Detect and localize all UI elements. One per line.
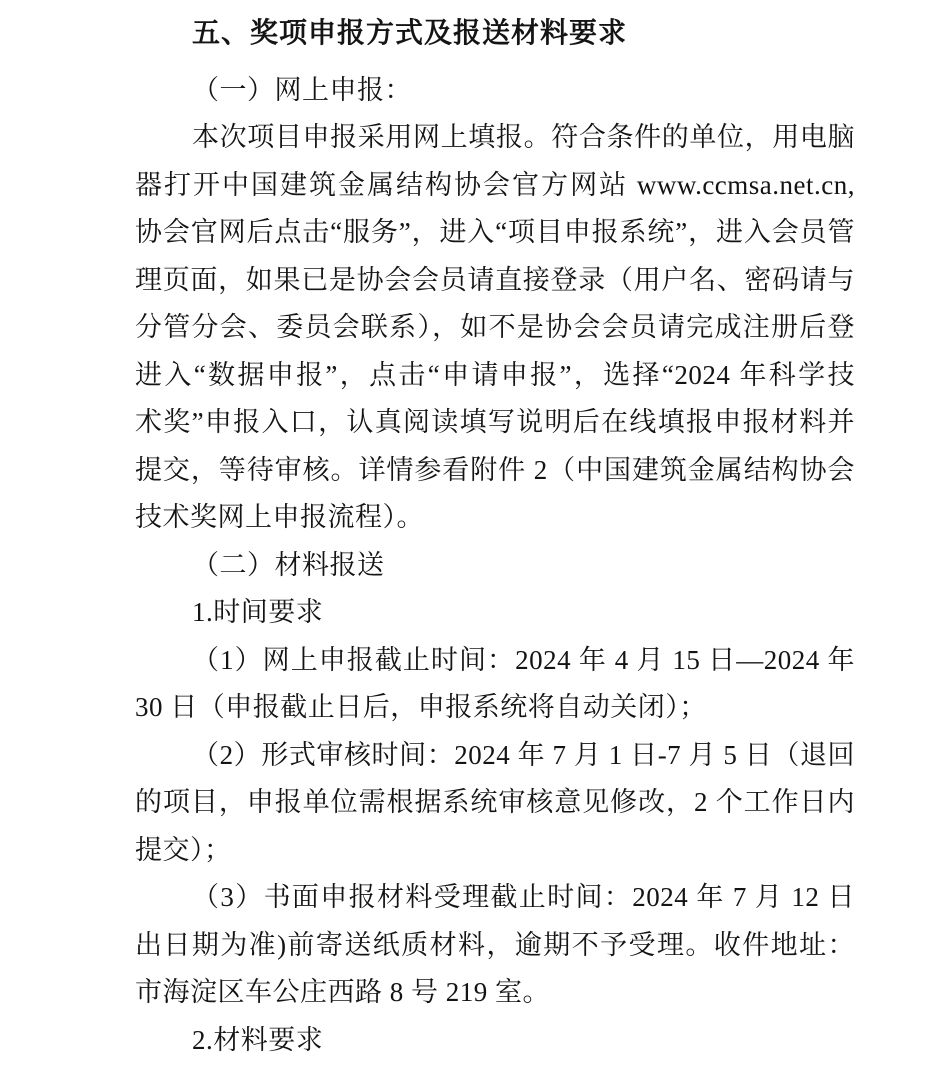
document-page: 五、奖项申报方式及报送材料要求 （一）网上申报： 本次项目申报采用网上填报。符合… [0,0,945,1068]
para-online-deadline-line-2: 30 日（申报截止日后，申报系统将自动关闭）； [135,684,855,732]
para-formal-review-line-3: 提交）； [135,827,855,875]
para-formal-review-line-1: （2）形式审核时间：2024 年 7 月 1 日-7 月 5 日（退回修改 [135,732,855,780]
para-online-application-line-6: 进入“数据申报”，点击“申请申报”，选择“2024 年科学技 [135,352,855,400]
para-online-application-line-1: 本次项目申报采用网上填报。符合条件的单位，用电脑浏览 [135,114,855,162]
section-heading: 五、奖项申报方式及报送材料要求 [135,9,855,57]
subheading-online-application: （一）网上申报： [135,67,855,115]
para-online-application-line-8: 提交，等待审核。详情参看附件 2（中国建筑金属结构协会科学 [135,447,855,495]
para-online-deadline-line-1: （1）网上申报截止时间：2024 年 4 月 15 日—2024 年 6 月 [135,637,855,685]
subheading-material-requirements: 2.材料要求 [135,1017,855,1065]
para-online-application-line-4: 理页面，如果已是协会会员请直接登录（用户名、密码请与协会 [135,257,855,305]
para-paper-material-line-3: 市海淀区车公庄西路 8 号 219 室。 [135,969,855,1017]
para-formal-review-line-2: 的项目，申报单位需根据系统审核意见修改，2 个工作日内重新 [135,779,855,827]
para-online-application-line-7: 术奖”申报入口，认真阅读填写说明后在线填报申报材料并上报 [135,399,855,447]
document-body: 五、奖项申报方式及报送材料要求 （一）网上申报： 本次项目申报采用网上填报。符合… [135,9,855,1064]
para-paper-material-line-2: 出日期为准)前寄送纸质材料，逾期不予受理。收件地址：北京 [135,922,855,970]
para-online-application-line-9: 技术奖网上申报流程）。 [135,494,855,542]
para-online-application-line-5: 分管分会、委员会联系），如不是协会会员请完成注册后登录， [135,304,855,352]
para-online-application-line-3: 协会官网后点击“服务”，进入“项目申报系统”，进入会员管 [135,209,855,257]
subheading-material-submission: （二）材料报送 [135,542,855,590]
subheading-time-requirements: 1.时间要求 [135,589,855,637]
para-online-application-line-2: 器打开中国建筑金属结构协会官方网站 www.ccmsa.net.cn,进入 [135,162,855,210]
para-paper-material-line-1: （3）书面申报材料受理截止时间：2024 年 7 月 12 日(以寄 [135,874,855,922]
